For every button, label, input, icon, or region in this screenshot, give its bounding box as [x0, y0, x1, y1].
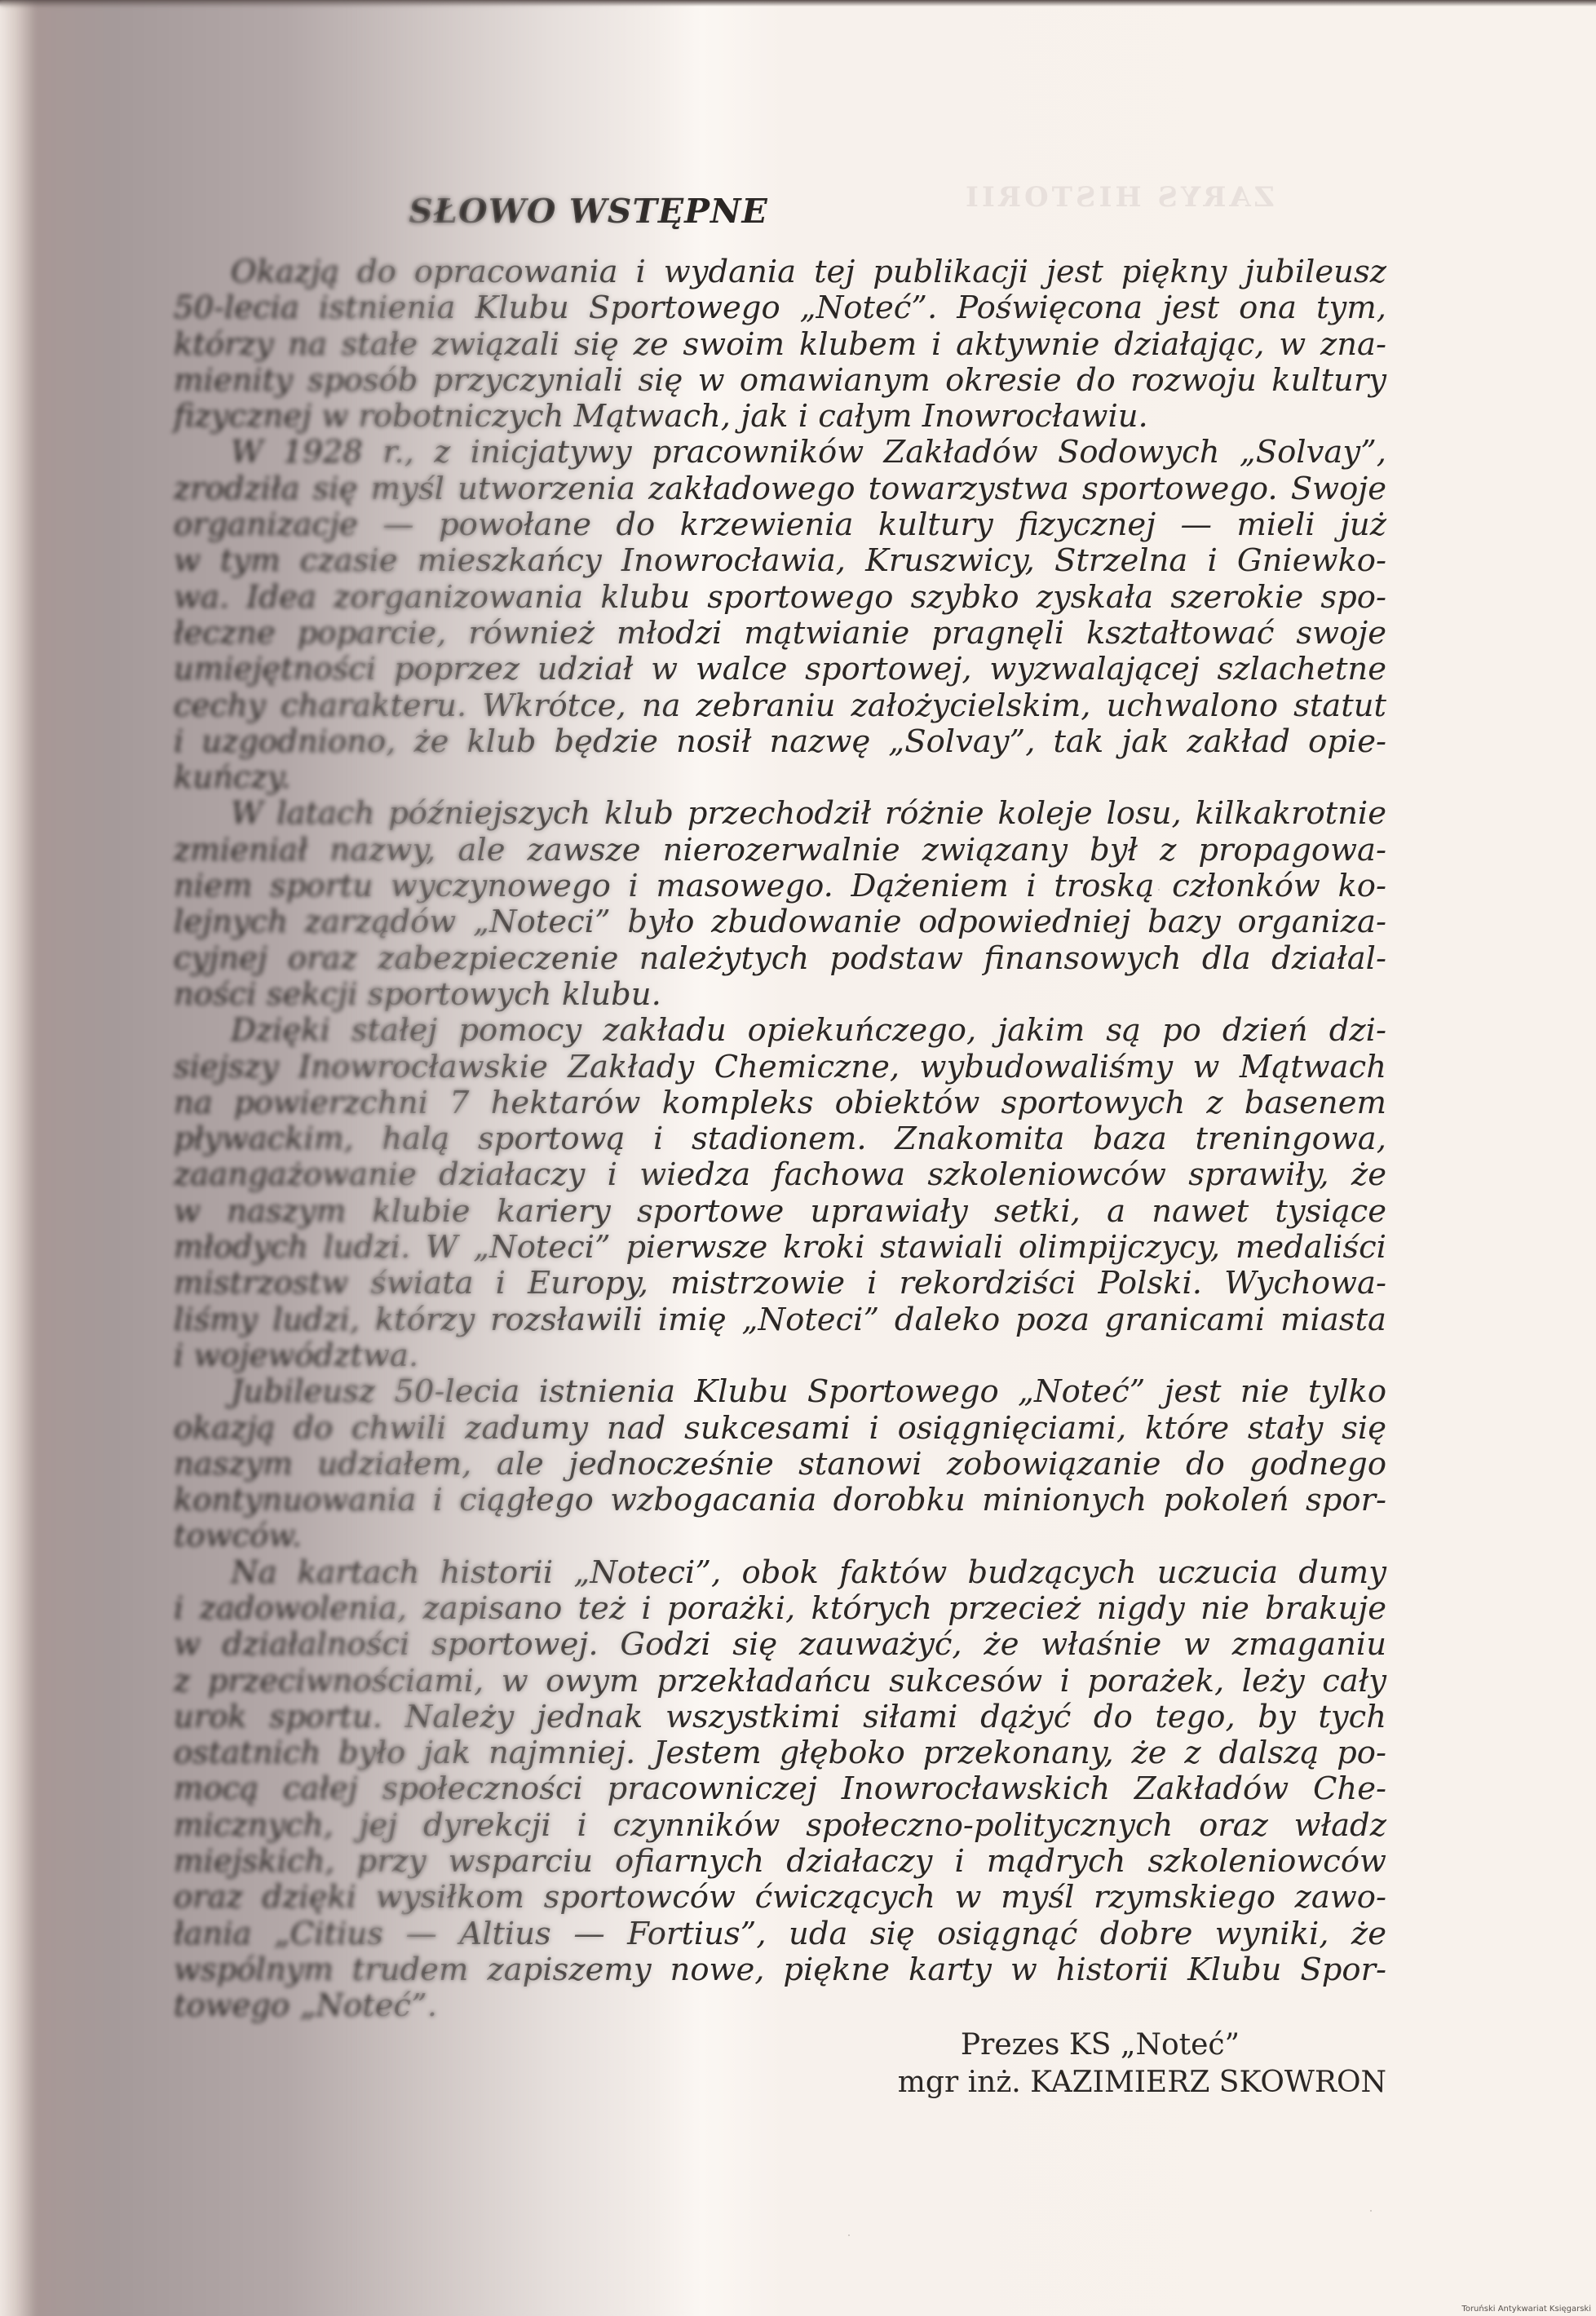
text-line: łeczne poparcie, również młodzi mątwiani…: [174, 616, 1386, 652]
text-line: zrodziła się myśl utworzenia zakładowego…: [174, 471, 1386, 507]
foreword-body: Okazją do opracowania i wydania tej publ…: [174, 254, 1386, 2025]
text-line: ostatnich było jak najmniej. Jestem głęb…: [174, 1735, 1386, 1771]
text-line: niem sportu wyczynowego i masowego. Dąże…: [174, 868, 1386, 904]
paragraph: Jubileusz 50-lecia istnienia Klubu Sport…: [174, 1374, 1386, 1554]
text-line: Jubileusz 50-lecia istnienia Klubu Sport…: [174, 1374, 1386, 1410]
text-line: W latach późniejszych klub przechodził r…: [174, 796, 1386, 832]
paragraph: Okazją do opracowania i wydania tej publ…: [174, 254, 1386, 435]
text-line: liśmy ludzi, którzy rozsławili imię „Not…: [174, 1302, 1386, 1338]
paragraph: Na kartach historii „Noteci”, obok faktó…: [174, 1555, 1386, 2025]
text-line: i zadowolenia, zapisano też i porażki, k…: [174, 1591, 1386, 1627]
text-line: Dzięki stałej pomocy zakładu opiekuńczeg…: [174, 1013, 1386, 1049]
text-line: mistrzostw świata i Europy, mistrzowie i…: [174, 1266, 1386, 1302]
text-line: towego „Noteć”.: [174, 1988, 1386, 2024]
text-line: zmieniał nazwy, ale zawsze nierozerwalni…: [174, 833, 1386, 868]
signature-block: Prezes KS „Noteć” mgr inż. KAZIMIERZ SKO…: [174, 2026, 1386, 2102]
text-line: miejskich, przy wsparciu ofiarnych dział…: [174, 1844, 1386, 1880]
text-line: Okazją do opracowania i wydania tej publ…: [174, 254, 1386, 290]
text-line: okazją do chwili zadumy nad sukcesami i …: [174, 1411, 1386, 1447]
watermark: Toruński Antykwariat Księgarski: [1461, 2305, 1591, 2314]
text-line: w działalności sportowej. Godzi się zauw…: [174, 1627, 1386, 1663]
text-line: oraz dzięki wysiłkom sportowców ćwiczący…: [174, 1880, 1386, 1916]
text-line: ności sekcji sportowych klubu.: [174, 977, 1386, 1013]
text-line: organizacje — powołane do krzewienia kul…: [174, 507, 1386, 543]
text-line: micznych, jej dyrekcji i czynników społe…: [174, 1808, 1386, 1844]
signature-name: mgr inż. KAZIMIERZ SKOWRON: [174, 2064, 1386, 2102]
text-line: lejnych zarządów „Noteci” było zbudowani…: [174, 904, 1386, 940]
text-line: wa. Idea zorganizowania klubu sportowego…: [174, 580, 1386, 616]
text-line: cechy charakteru. Wkrótce, na zebraniu z…: [174, 688, 1386, 724]
text-line: towców.: [174, 1518, 1386, 1554]
paragraph: W 1928 r., z inicjatywy pracowników Zakł…: [174, 435, 1386, 796]
text-line: którzy na stałe związali się ze swoim kl…: [174, 327, 1386, 363]
text-line: kontynuowania i ciągłego wzbogacania dor…: [174, 1483, 1386, 1518]
paper-speck: [848, 2234, 850, 2236]
text-line: naszym udziałem, ale jednocześnie stanow…: [174, 1447, 1386, 1483]
paragraph: W latach późniejszych klub przechodził r…: [174, 796, 1386, 1013]
text-line: pływackim, halą sportową i stadionem. Zn…: [174, 1121, 1386, 1157]
text-line: zaangażowanie działaczy i wiedza fachowa…: [174, 1157, 1386, 1193]
text-line: mienity sposób przyczyniali się w omawia…: [174, 363, 1386, 399]
text-line: na powierzchni 7 hektarów kompleks obiek…: [174, 1085, 1386, 1121]
text-line: 50-lecia istnienia Klubu Sportowego „Not…: [174, 290, 1386, 326]
text-line: w naszym klubie kariery sportowe uprawia…: [174, 1194, 1386, 1230]
text-line: z przeciwnościami, w owym przekładańcu s…: [174, 1664, 1386, 1699]
signature-role: Prezes KS „Noteć”: [174, 2026, 1386, 2064]
text-line: urok sportu. Należy jednak wszystkimi si…: [174, 1699, 1386, 1735]
paper-speck: [1370, 2210, 1372, 2212]
page-title: SŁOWO WSTĘPNE: [174, 192, 1386, 231]
paragraph: Dzięki stałej pomocy zakładu opiekuńczeg…: [174, 1013, 1386, 1374]
text-line: wspólnym trudem zapiszemy nowe, piękne k…: [174, 1952, 1386, 1988]
text-line: cyjnej oraz zabezpieczenie należytych po…: [174, 941, 1386, 977]
text-line: łania „Citius — Altius — Fortius”, uda s…: [174, 1916, 1386, 1952]
text-line: i uzgodniono, że klub będzie nosił nazwę…: [174, 724, 1386, 760]
text-line: w tym czasie mieszkańcy Inowrocławia, Kr…: [174, 543, 1386, 579]
scanned-page: ZARYS HISTORII SŁOWO WSTĘPNE Okazją do o…: [0, 0, 1596, 2316]
text-line: i województwa.: [174, 1338, 1386, 1374]
text-line: mocą całej społeczności pracowniczej Ino…: [174, 1771, 1386, 1807]
text-line: kuńczy.: [174, 760, 1386, 796]
text-line: fizycznej w robotniczych Mątwach, jak i …: [174, 399, 1386, 435]
text-line: siejszy Inowrocławskie Zakłady Chemiczne…: [174, 1050, 1386, 1085]
text-line: Na kartach historii „Noteci”, obok faktó…: [174, 1555, 1386, 1591]
page-title-text: SŁOWO WSTĘPNE: [409, 192, 767, 231]
text-line: młodych ludzi. W „Noteci” pierwsze kroki…: [174, 1230, 1386, 1266]
text-line: W 1928 r., z inicjatywy pracowników Zakł…: [174, 435, 1386, 471]
text-line: umiejętności poprzez udział w walce spor…: [174, 652, 1386, 687]
